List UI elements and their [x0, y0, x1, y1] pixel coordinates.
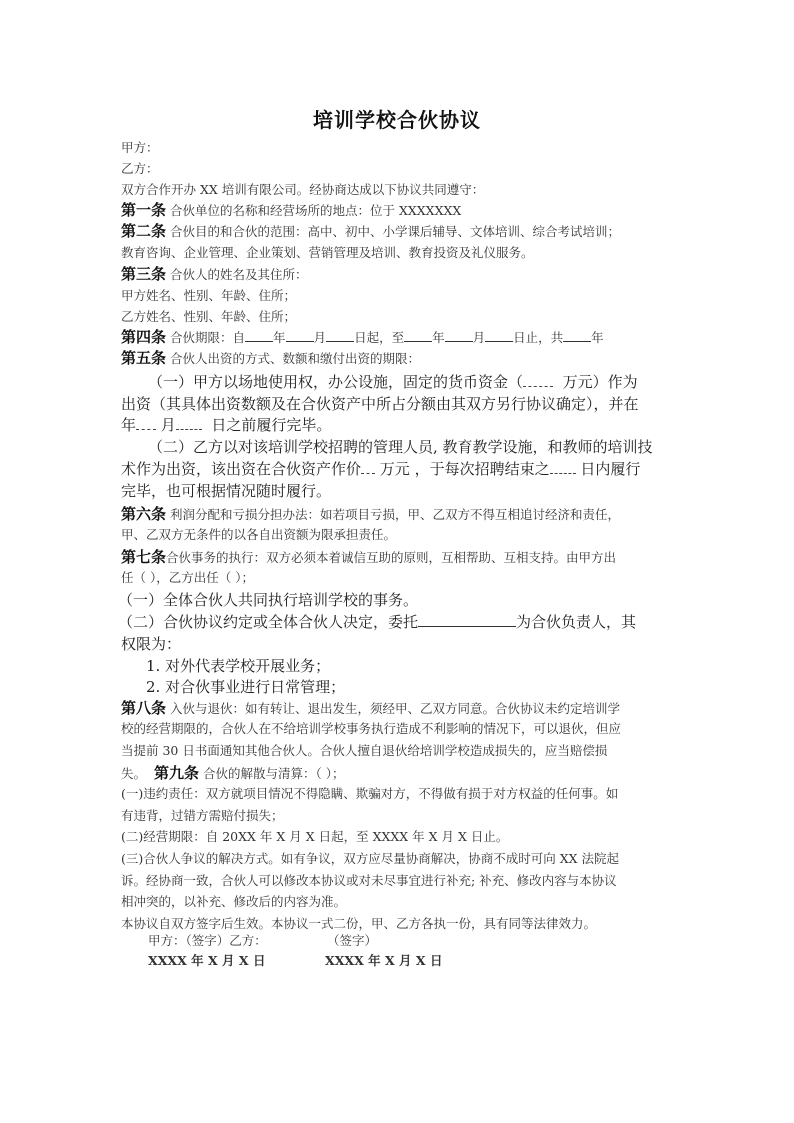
article-4-text: 月 [473, 330, 486, 345]
article-2-heading: 第二条 [121, 222, 166, 240]
article-8-cont2: 当提前 30 日书面通知其他合伙人。合伙人擅自退伙给培训学校造成损失的，应当赔偿… [121, 741, 607, 759]
article-1: 第一条合伙单位的名称和经营场所的地点：位于 XXXXXXX [121, 199, 461, 220]
article-8-heading: 第八条 [121, 699, 166, 717]
article-2-cont: 教育咨询、企业管理、企业策划、营销管理及培训、教育投资及礼仪服务。 [121, 243, 534, 261]
article-7-text: （二）合伙协议约定或全体合伙人决定，委托 [118, 613, 418, 631]
article-5-item-2: （二）乙方以对该培训学校招聘的管理人员, 教育教学设施，和教师的培训技 [148, 436, 653, 457]
article-4-text: 日起，至 [354, 330, 404, 345]
article-1-text: 合伙单位的名称和经营场所的地点：位于 XXXXXXX [170, 203, 461, 218]
article-5-text: （一）甲方以场地使用权，办公设施，固定的货币资金（ [148, 373, 523, 391]
article-4: 第四条合伙期限：自年月日起，至年月日止，共年 [121, 326, 604, 347]
blank-field [485, 329, 513, 342]
article-5-text: 年 [121, 416, 136, 434]
article-3: 第三条合伙人的姓名及其住所： [121, 263, 308, 284]
article-7-list-item-2: 2. 对合伙事业进行日常管理； [146, 676, 345, 697]
article-5-text: 合伙人出资的方式、数额和缴付出资的期限： [170, 351, 420, 366]
article-5-text: 日之前履行完毕。 [211, 416, 331, 434]
article-2-text: 合伙目的和合伙的范围：高中、初中、小学课后辅导、文体培训、综合考试培训； [170, 224, 620, 239]
blank-field [523, 374, 553, 387]
article-5-text: 万元）作为 [563, 373, 638, 391]
intro-text: 双方合作开办 XX 培训有限公司。经协商达成以下协议共同遵守： [121, 180, 484, 198]
article-3-heading: 第三条 [121, 265, 166, 283]
article-8-text: 入伙与退伙：如有转让、退出发生，须经甲、乙双方同意。合伙协议未约定培训学 [170, 701, 620, 716]
article-3-party-a: 甲方姓名、性别、年龄、住所； [121, 286, 296, 304]
signature-date-b: XXXX 年 X 月 X 日 [325, 951, 442, 969]
article-4-text: 合伙期限：自 [170, 330, 245, 345]
article-8-cont3: 失。 第九条合伙的解散与清算：（ ）； [121, 762, 344, 783]
party-b-label: 乙方： [121, 159, 159, 177]
clause-3-cont: 诉。经协商一致，合伙人可以修改本协议或对未尽事宜进行补充; 补充、修改内容与本协… [121, 871, 617, 889]
clause-1-cont: 有违背，过错方需赔付损失； [121, 806, 284, 824]
article-5-text: 月 [161, 416, 176, 434]
article-5-text: 术作为出资，该出资在合伙资产作价 [121, 460, 361, 478]
article-8-cont: 校的经营期限的，合伙人在不给培训学校事务执行造成不利影响的情况下，可以退伙，但应 [121, 719, 621, 737]
document-title: 培训学校合伙协议 [0, 104, 794, 133]
article-2: 第二条合伙目的和合伙的范围：高中、初中、小学课后辅导、文体培训、综合考试培训； [121, 220, 620, 241]
article-4-text: 月 [314, 330, 327, 345]
article-1-heading: 第一条 [121, 201, 166, 219]
article-6-text: 利润分配和亏损分担办法：如若项目亏损，甲、乙双方不得互相追讨经济和责任， [170, 507, 620, 522]
blank-field [418, 614, 516, 627]
article-3-text: 合伙人的姓名及其住所： [170, 267, 308, 282]
article-5-item-1: （一）甲方以场地使用权，办公设施，固定的货币资金（ 万元）作为 [148, 371, 638, 392]
signature-party-a: 甲方：（签字）乙方： [148, 931, 267, 949]
clause-2: (二)经营期限：自 20XX 年 X 月 X 日起，至 XXXX 年 X 月 X… [121, 827, 508, 845]
article-9-text: 合伙的解散与清算：（ ）； [203, 766, 344, 781]
article-9-heading: 第九条 [154, 764, 199, 782]
article-8-text: 失。 [121, 766, 146, 781]
blank-field [326, 329, 354, 342]
blank-field [176, 417, 202, 430]
article-7-item-2-cont: 权限为： [121, 633, 181, 654]
article-7-heading: 第七条 [121, 548, 166, 566]
article-5-text: 日内履行 [580, 460, 640, 478]
article-7-list-item-1: 1. 对外代表学校开展业务； [146, 655, 330, 676]
party-a-label: 甲方： [121, 138, 159, 156]
article-4-text: 年 [432, 330, 445, 345]
article-7: 第七条合伙事务的执行：双方必须本着诚信互助的原则，互相帮助、互相支持。由甲方出 [121, 546, 616, 567]
blank-field [563, 329, 591, 342]
article-6-heading: 第六条 [121, 505, 166, 523]
article-5-item-1-cont: 出资（其具体出资数额及在合伙资产中所占分额由其双方另行协议确定），并在 [121, 393, 639, 414]
article-6-cont: 甲、乙双方无条件的以各自出资额为限承担责任。 [121, 525, 396, 543]
article-5-heading: 第五条 [121, 349, 166, 367]
article-3-party-b: 乙方姓名、性别、年龄、住所； [121, 307, 296, 325]
article-7-text: 为合伙负责人，其 [516, 613, 636, 631]
clause-3-cont2: 相冲突的，以补充、修改后的内容为准。 [121, 892, 346, 910]
blank-field [245, 329, 273, 342]
blank-field [550, 461, 576, 474]
blank-field [404, 329, 432, 342]
article-5-text: 万元 ，于每次招聘结束之 [380, 460, 550, 478]
signature-party-b: （签字） [327, 931, 377, 949]
article-5-item-2-cont: 术作为出资，该出资在合伙资产作价 万元 ，于每次招聘结束之 日内履行 [121, 458, 640, 479]
article-7-item-1: （一）全体合伙人共同执行培训学校的事务。 [118, 589, 418, 610]
article-6: 第六条利润分配和亏损分担办法：如若项目亏损，甲、乙双方不得互相追讨经济和责任， [121, 503, 620, 524]
blank-field [286, 329, 314, 342]
document-page: 培训学校合伙协议 甲方： 乙方： 双方合作开办 XX 培训有限公司。经协商达成以… [0, 0, 794, 1123]
clause-3: (三)合伙人争议的解决方式。如有争议，双方应尽量协商解决，协商不成时可向 XX … [121, 849, 619, 867]
blank-field [136, 417, 156, 430]
article-4-text: 日止，共 [513, 330, 563, 345]
article-7-text: 合伙事务的执行：双方必须本着诚信互助的原则，互相帮助、互相支持。由甲方出 [166, 550, 616, 565]
article-4-text: 年 [273, 330, 286, 345]
article-5: 第五条合伙人出资的方式、数额和缴付出资的期限： [121, 347, 420, 368]
article-7-cont: 任（ ），乙方出任（ ）； [121, 568, 254, 586]
article-5-item-1-cont2: 年 月 日之前履行完毕。 [121, 414, 331, 435]
article-7-item-2: （二）合伙协议约定或全体合伙人决定，委托为合伙负责人，其 [118, 611, 636, 632]
clause-1: (一)违约责任：双方就项目情况不得隐瞒、欺骗对方，不得做有损于对方权益的任何事。… [121, 784, 618, 802]
article-8: 第八条入伙与退伙：如有转让、退出发生，须经甲、乙双方同意。合伙协议未约定培训学 [121, 697, 620, 718]
blank-field [445, 329, 473, 342]
article-4-text: 年 [591, 330, 604, 345]
article-5-item-2-cont2: 完毕，也可根据情况随时履行。 [121, 480, 331, 501]
article-4-heading: 第四条 [121, 328, 166, 346]
blank-field [361, 461, 375, 474]
effect-clause: 本协议自双方签字后生效。本协议一式二份，甲、乙方各执一份，具有同等法律效力。 [121, 914, 596, 932]
signature-date-a: XXXX 年 X 月 X 日 [148, 951, 265, 969]
